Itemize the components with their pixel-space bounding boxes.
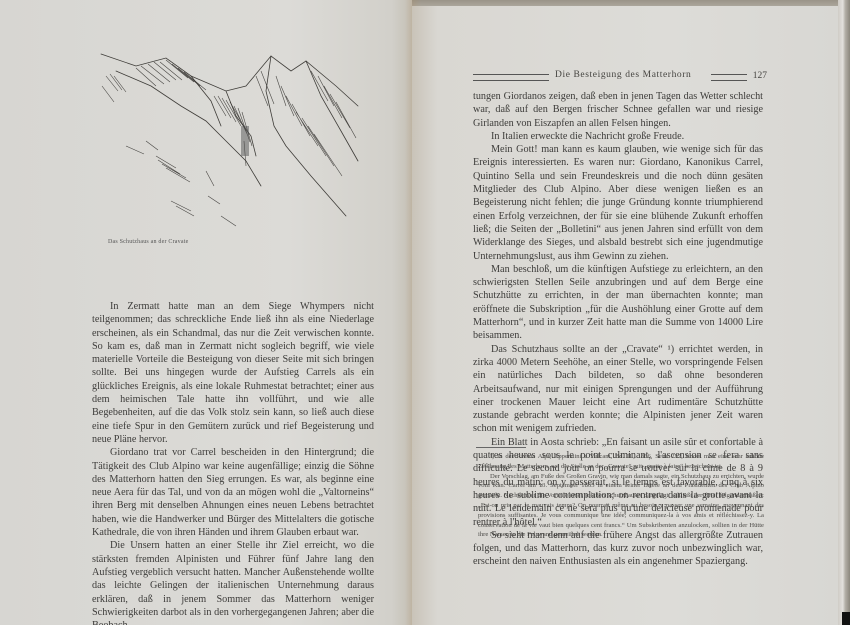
paragraph: Man beschloß, um die künftigen Aufstiege… (473, 263, 763, 343)
header-rule-left (473, 74, 549, 81)
running-header: Die Besteigung des Matterhorn 127 (473, 70, 765, 84)
footnotes: ¹) In der Rivista Alpi, Appennini e Vulc… (478, 452, 764, 540)
left-body-text: In Zermatt hatte man an dem Siege Whympe… (92, 300, 374, 625)
paragraph: In Italien erweckte die Nachricht große … (473, 130, 763, 143)
paragraph: Mein Gott! man kann es kaum glauben, wie… (473, 143, 763, 263)
page-stack-edge (838, 0, 850, 625)
running-head-title: Die Besteigung des Matterhorn (555, 70, 691, 80)
dark-corner (842, 612, 850, 625)
footnote: ¹) In der Rivista Alpi, Appennini e Vulc… (478, 452, 764, 472)
footnote: Der Vorschlag, am Fuße des Großen Gravin… (478, 472, 764, 541)
illustration-caption: Das Schutzhaus an der Cravate (108, 239, 188, 245)
mountain-hut-illustration (96, 46, 366, 236)
header-rule-right (711, 74, 747, 81)
paragraph: Giordano trat vor Carrel bescheiden in d… (92, 446, 374, 539)
paragraph: tungen Giordanos zeigen, daß eben in jen… (473, 90, 763, 130)
paragraph: Die Unsern hatten an einer Stelle ihr Zi… (92, 539, 374, 625)
footnote-divider (476, 447, 526, 448)
paragraph: Das Schutzhaus sollte an der „Cravate“ ¹… (473, 343, 763, 436)
left-page: Das Schutzhaus an der Cravate In Zermatt… (0, 0, 412, 625)
page-number: 127 (753, 71, 767, 81)
paragraph: In Zermatt hatte man an dem Siege Whympe… (92, 300, 374, 446)
